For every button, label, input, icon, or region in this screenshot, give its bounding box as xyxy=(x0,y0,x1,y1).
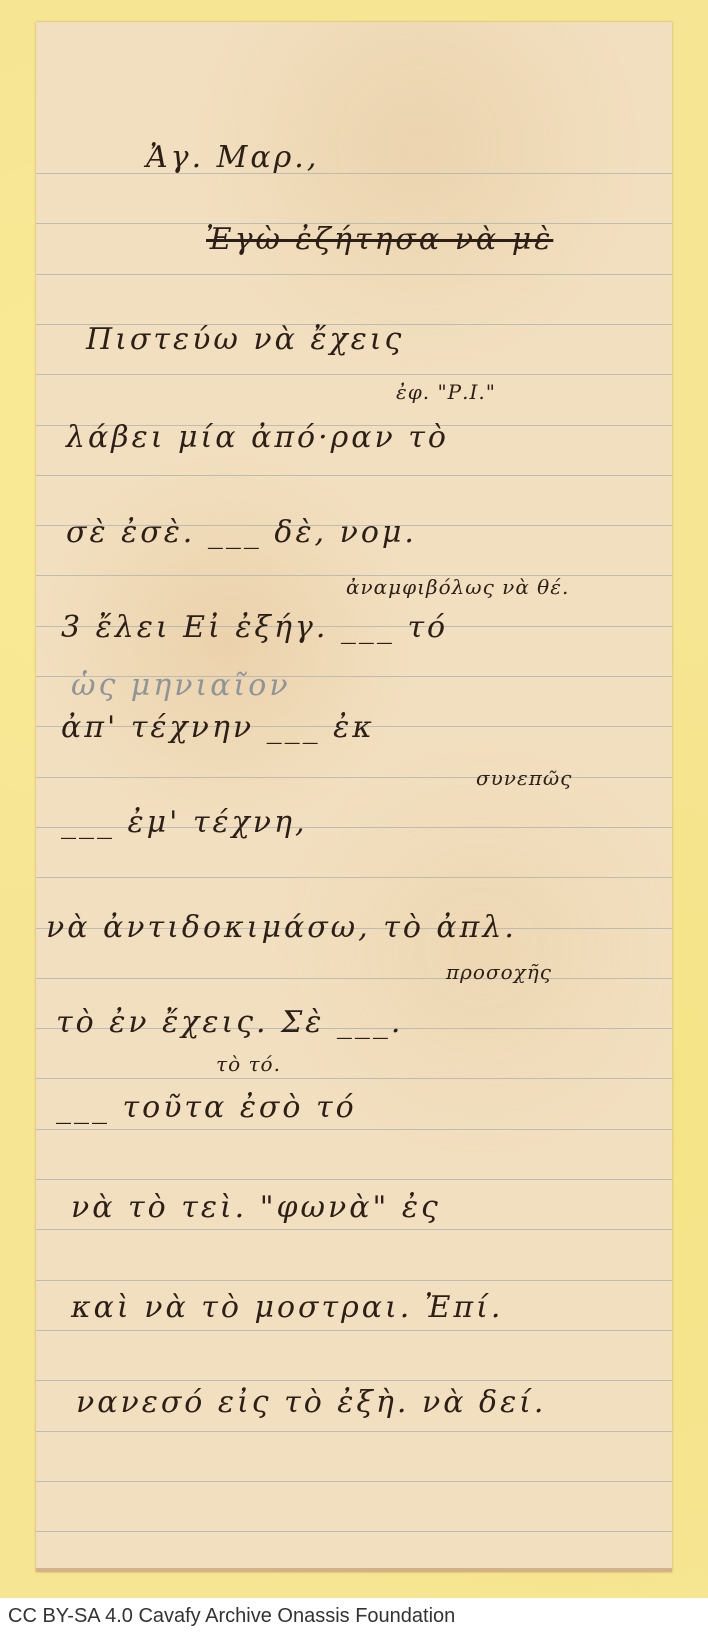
interlinear-insertion: τὸ τό. xyxy=(216,1052,281,1076)
ruled-line xyxy=(36,1078,672,1079)
pencil-annotation: ὡς μηνιαῖον xyxy=(71,668,291,703)
handwritten-line: Πιστεύω νὰ ἔχεις xyxy=(86,322,404,357)
handwritten-line: ἀπ' τέχνην ___ ἐκ xyxy=(61,710,375,745)
interlinear-insertion: ἀναμφιβόλως νὰ θέ. xyxy=(346,575,569,599)
ruled-line xyxy=(36,978,672,979)
handwritten-line: νὰ τὸ τεὶ. "φωνὰ" ἐς xyxy=(71,1190,441,1225)
handwritten-line: 3 ἔλει Εἰ ἐξήγ. ___ τό xyxy=(61,610,448,645)
handwritten-line: νανεσό εἰς τὸ ἐξὴ. νὰ δεί. xyxy=(76,1385,546,1420)
handwritten-line: καὶ νὰ τὸ μοστραι. Ἐπί. xyxy=(71,1290,503,1325)
archival-mount-background: Ἀγ. Μαρ.,Ἐγὼ ἐζήτησα νὰ μὲΠιστεύω νὰ ἔχε… xyxy=(0,0,708,1598)
ruled-line xyxy=(36,1179,672,1180)
ruled-line xyxy=(36,173,672,174)
ruled-line xyxy=(36,1481,672,1482)
ruled-line xyxy=(36,374,672,375)
handwritten-line: σὲ ἐσὲ. ___ δὲ, νομ. xyxy=(66,515,417,550)
ruled-line xyxy=(36,1531,672,1532)
ruled-line xyxy=(36,877,672,878)
interlinear-insertion: ἐφ. "Ρ.Ι." xyxy=(396,380,496,404)
ruled-line xyxy=(36,274,672,275)
ruled-line xyxy=(36,1431,672,1432)
handwritten-line: λάβει μία ἀπό·ραν τὸ xyxy=(66,420,449,455)
handwritten-line: Ἐγὼ ἐζήτησα νὰ μὲ xyxy=(206,222,553,257)
ruled-line xyxy=(36,1229,672,1230)
handwritten-line: ___ ἐμ' τέχνη, xyxy=(61,805,308,840)
ruled-line xyxy=(36,1330,672,1331)
handwritten-line: ___ τοῦτα ἐσὸ τό xyxy=(56,1090,357,1125)
interlinear-insertion: προσοχῆς xyxy=(446,960,552,984)
ruled-line xyxy=(36,1380,672,1381)
interlinear-insertion: συνεπῶς xyxy=(476,766,572,790)
manuscript-page: Ἀγ. Μαρ.,Ἐγὼ ἐζήτησα νὰ μὲΠιστεύω νὰ ἔχε… xyxy=(36,22,672,1572)
ruled-line xyxy=(36,475,672,476)
handwritten-line: Ἀγ. Μαρ., xyxy=(146,140,319,175)
license-credit: CC BY-SA 4.0 Cavafy Archive Onassis Foun… xyxy=(8,1605,455,1628)
handwritten-line: τὸ ἐν ἔχεις. Σὲ ___. xyxy=(56,1005,403,1040)
ruled-line xyxy=(36,777,672,778)
ruled-line xyxy=(36,1280,672,1281)
handwritten-line: νὰ ἀντιδοκιμάσω, τὸ ἀπλ. xyxy=(46,910,517,945)
ruled-line xyxy=(36,1129,672,1130)
